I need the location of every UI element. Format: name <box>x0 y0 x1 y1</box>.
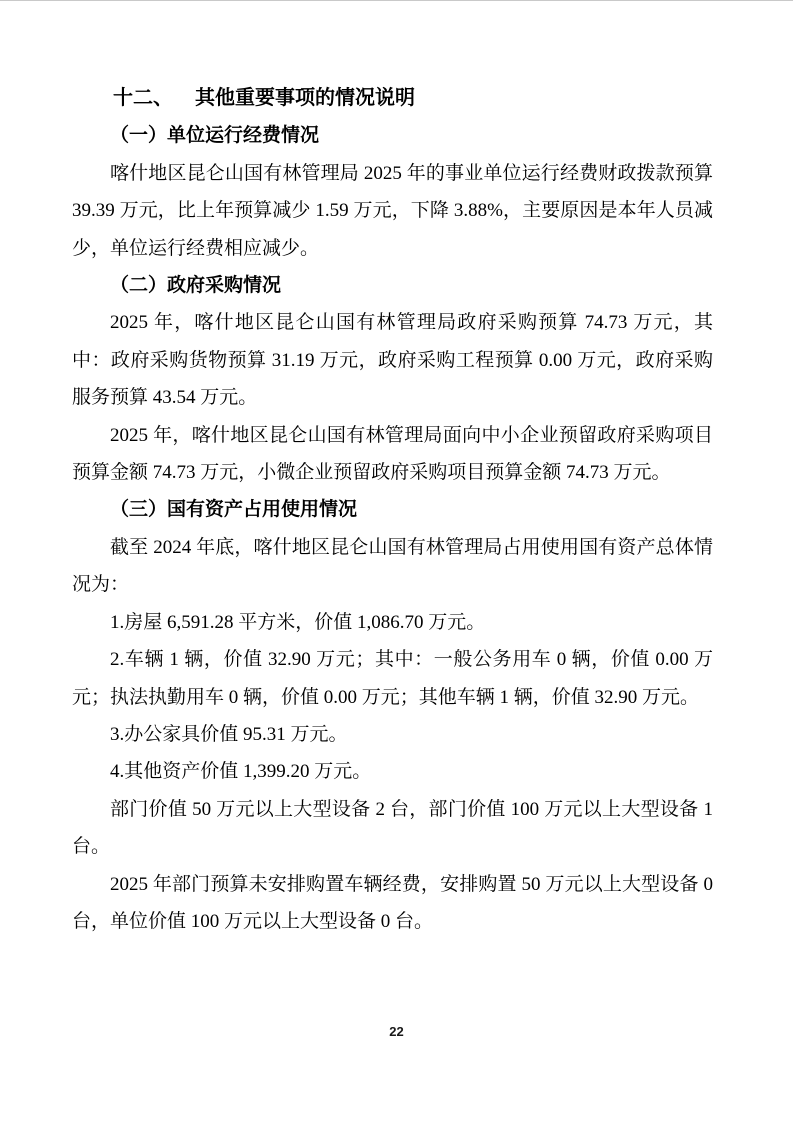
heading-government-procurement: （二）政府采购情况 <box>72 267 713 304</box>
section-title: 十二、其他重要事项的情况说明 <box>72 80 713 117</box>
page-top-edge <box>0 0 793 1</box>
paragraph-2025-purchase-plan: 2025 年部门预算未安排购置车辆经费，安排购置 50 万元以上大型设备 0 台… <box>72 866 713 941</box>
paragraph-assets-housing: 1.房屋 6,591.28 平方米，价值 1,086.70 万元。 <box>72 604 713 641</box>
paragraph-large-equipment: 部门价值 50 万元以上大型设备 2 台，部门价值 100 万元以上大型设备 1… <box>72 791 713 866</box>
paragraph-procurement-budget: 2025 年，喀什地区昆仑山国有林管理局政府采购预算 74.73 万元，其中：政… <box>72 304 713 416</box>
section-title-text: 其他重要事项的情况说明 <box>195 87 415 109</box>
page-number: 22 <box>0 1024 793 1039</box>
paragraph-assets-vehicles: 2.车辆 1 辆，价值 32.90 万元；其中：一般公务用车 0 辆，价值 0.… <box>72 641 713 716</box>
paragraph-operating-expenses: 喀什地区昆仑山国有林管理局 2025 年的事业单位运行经费财政拨款预算 39.3… <box>72 155 713 267</box>
document-page: 十二、其他重要事项的情况说明 （一）单位运行经费情况 喀什地区昆仑山国有林管理局… <box>0 0 793 1122</box>
section-title-number: 十二、 <box>113 87 173 109</box>
paragraph-assets-overview: 截至 2024 年底，喀什地区昆仑山国有林管理局占用使用国有资产总体情况为： <box>72 529 713 604</box>
paragraph-procurement-sme-reserve: 2025 年，喀什地区昆仑山国有林管理局面向中小企业预留政府采购项目预算金额 7… <box>72 417 713 492</box>
paragraph-assets-other: 4.其他资产价值 1,399.20 万元。 <box>72 753 713 790</box>
document-body: 十二、其他重要事项的情况说明 （一）单位运行经费情况 喀什地区昆仑山国有林管理局… <box>72 80 713 940</box>
paragraph-assets-furniture: 3.办公家具价值 95.31 万元。 <box>72 716 713 753</box>
heading-unit-operating-expenses: （一）单位运行经费情况 <box>72 117 713 154</box>
heading-state-owned-assets: （三）国有资产占用使用情况 <box>72 491 713 528</box>
